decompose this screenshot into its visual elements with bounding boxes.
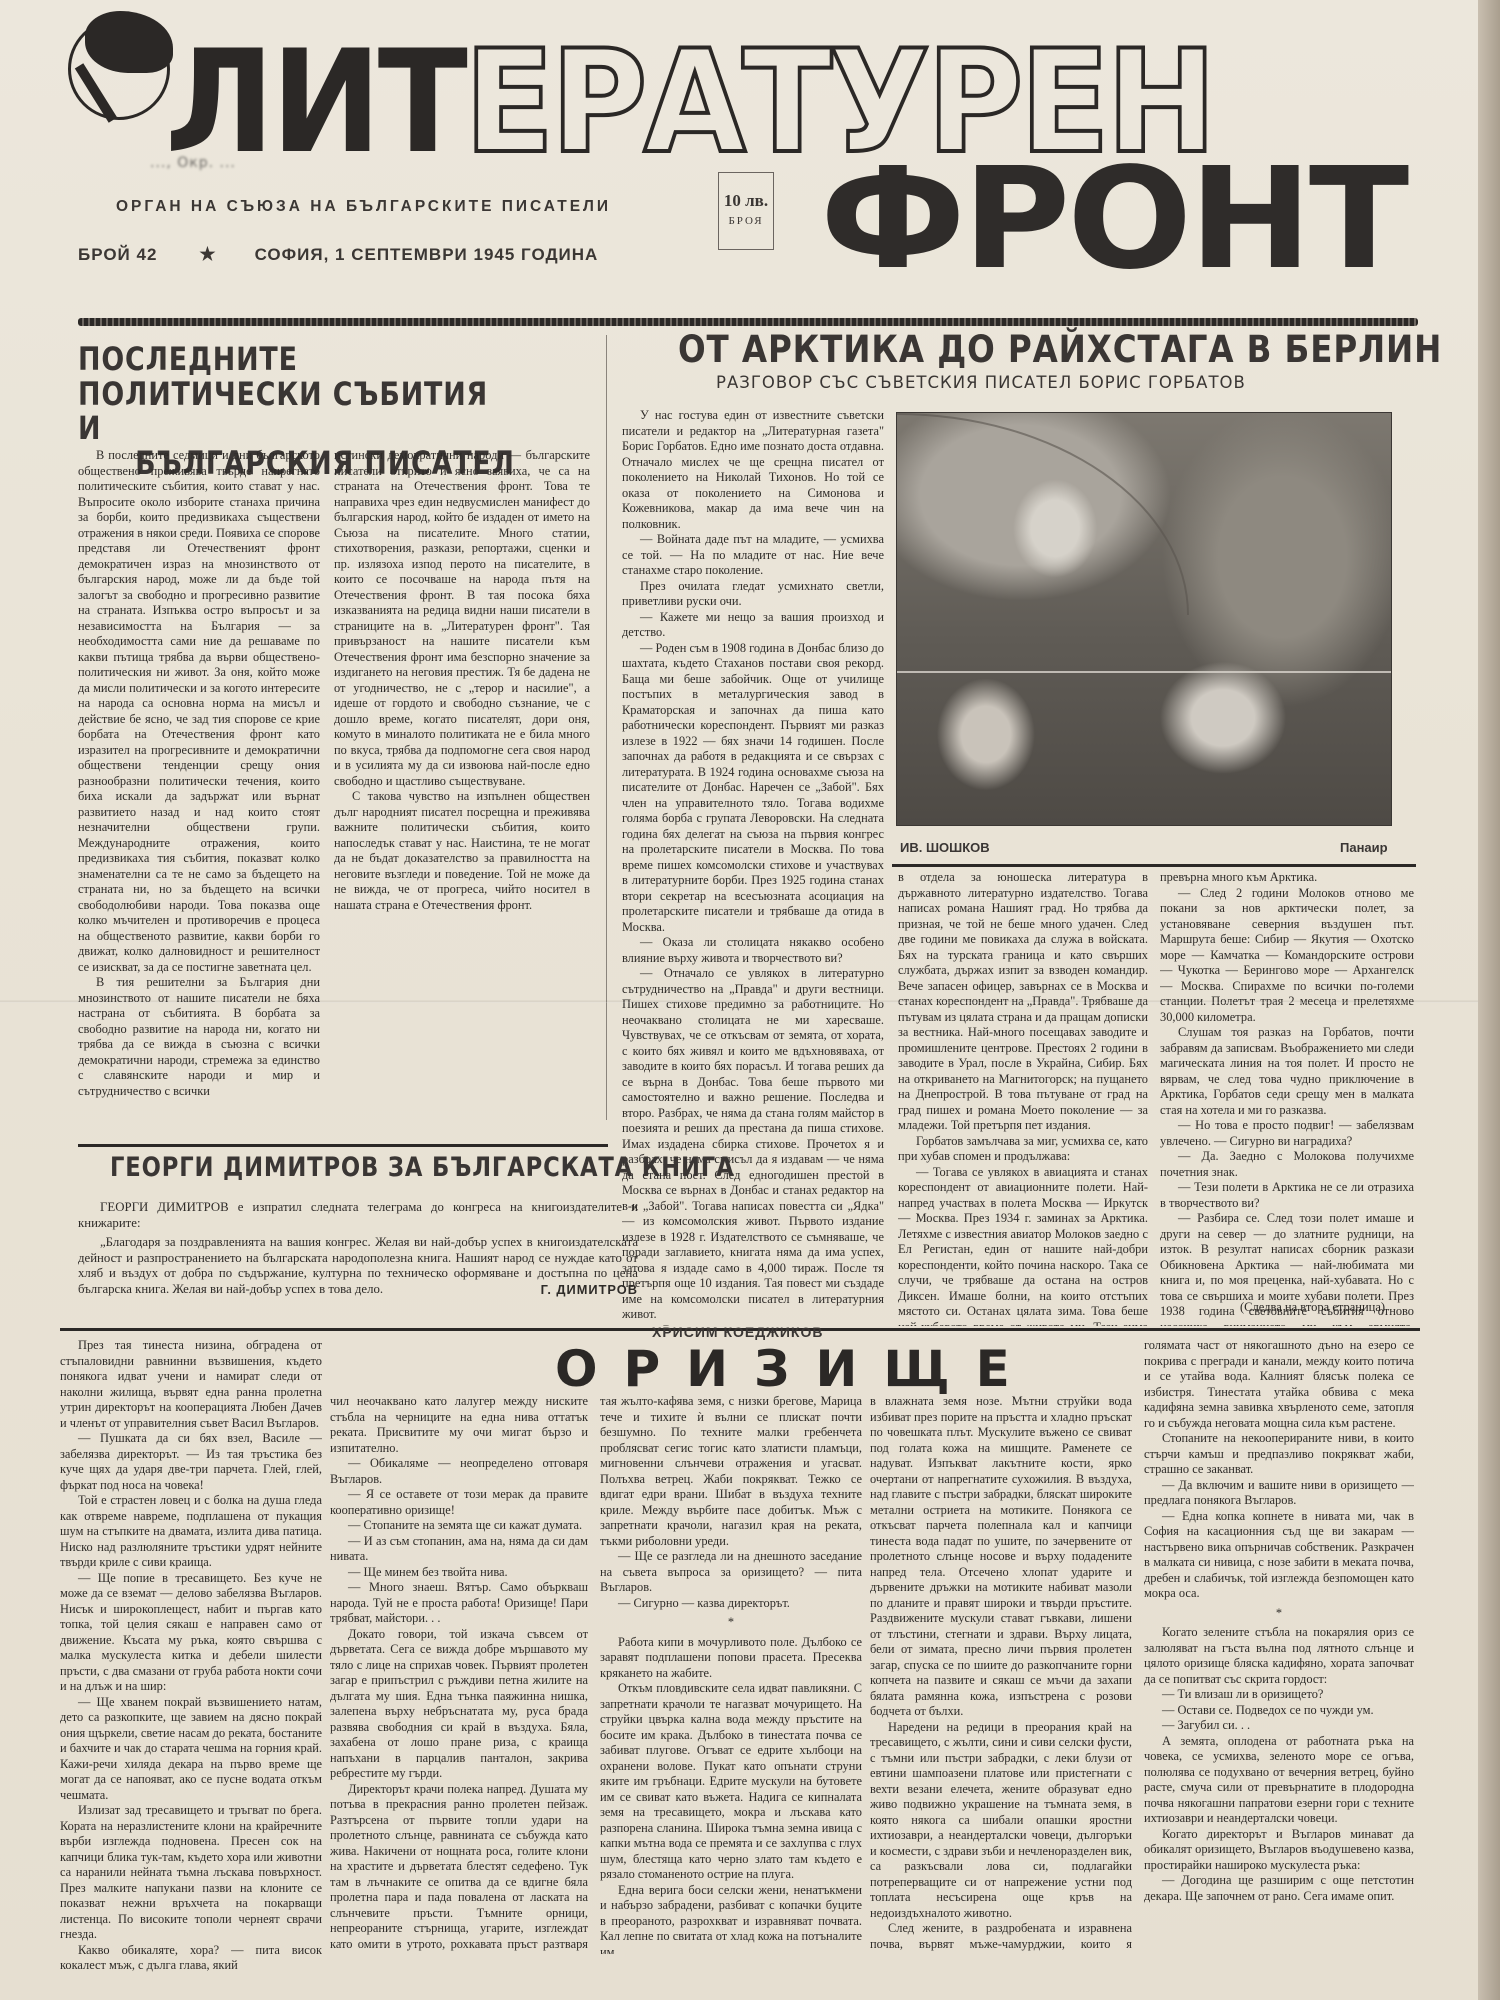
paragraph: Стопаните на некооперираните ниви, в кои…	[1144, 1431, 1414, 1478]
story-column-4: в влажната земя нозе. Мътни струйки вода…	[870, 1394, 1132, 1954]
paragraph: Слушам тоя разказ на Горбатов, почти заб…	[1160, 1025, 1414, 1118]
paragraph: — Оказа ли столицата някакво особено вли…	[622, 935, 884, 966]
umbrella-shape	[897, 413, 1189, 615]
price-unit: БРОЯ	[719, 215, 773, 227]
paragraph: През очилата гледат усмихнато светли, пр…	[622, 579, 884, 610]
paragraph: — Тези полети в Арктика не се ли отразих…	[1160, 1180, 1414, 1211]
story-column-1: През тая тинеста низина, обградена от ст…	[60, 1338, 322, 1988]
paragraph: — Ще хванем покрай възвишението натам, д…	[60, 1695, 322, 1804]
painting-panair	[896, 412, 1392, 826]
subheadline-gorbatov: РАЗГОВОР СЪС СЪВЕТСКИЯ ПИСАТЕЛ БОРИС ГОР…	[716, 373, 1246, 392]
paragraph: В тия решителни за България дни мнозинст…	[78, 975, 320, 1099]
table-edge	[1478, 0, 1500, 2000]
paragraph: — Я се оставете от този мерак да правите…	[330, 1487, 588, 1518]
paragraph: — След 2 години Молоков отново ме покани…	[1160, 886, 1414, 1026]
paragraph: — Ще минем без твойта нива.	[330, 1565, 588, 1581]
pen-icon	[75, 63, 117, 123]
headline-dimitrov: ГЕОРГИ ДИМИТРОВ ЗА БЪЛГАРСКАТА КНИГА	[110, 1153, 734, 1182]
paragraph: — Сигурно — казва директорът.	[600, 1596, 862, 1612]
paragraph: — Догодина ще разширим с още петстотин д…	[1144, 1873, 1414, 1904]
paragraph: — Кажете ми нещо за вашия произход и дет…	[622, 610, 884, 641]
headline-political-line1: ПОСЛЕДНИТЕ ПОЛИТИЧЕСКИ СЪБИТИЯ И	[78, 340, 488, 447]
bear-pen-logo-icon	[68, 18, 170, 120]
paragraph: Наредени на редици в преорания край на т…	[870, 1720, 1132, 1922]
continued-note: (Следва на втора страница)	[1240, 1300, 1385, 1315]
paragraph: — Много знаеш. Вятър. Само объркваш наро…	[330, 1580, 588, 1627]
paragraph: — Ще попие в тресавището. Без куче не мо…	[60, 1571, 322, 1695]
issue-number: БРОЙ 42	[78, 245, 157, 265]
paragraph: Докато говори, той изкача съвсем от дърв…	[330, 1627, 588, 1782]
picture-artist: ИВ. ШОШКОВ	[900, 840, 990, 855]
masthead-title-front: ФРОНТ	[820, 150, 1406, 290]
paragraph: Той е страстен ловец и с болка на душа г…	[60, 1493, 322, 1571]
paragraph: Когато зелените стъбла на покарялия ориз…	[1144, 1625, 1414, 1687]
section-separator: *	[600, 1615, 862, 1631]
bear-icon	[85, 11, 173, 73]
paragraph: — Една копка копнете в нивата ми, чак в …	[1144, 1509, 1414, 1602]
paragraph: А земята, оплодена от работната ръка на …	[1144, 1734, 1414, 1827]
paragraph: — Войната даде път на младите, — усмихва…	[622, 532, 884, 579]
dimitrov-telegram: „Благодаря за поздравленията на вашия ко…	[78, 1235, 638, 1297]
paragraph: С такова чувство на изпълнен обществен д…	[334, 789, 590, 913]
paper-fold	[0, 1000, 1478, 1003]
paragraph: — Обикаляме — неопределено отговаря Въгл…	[330, 1456, 588, 1487]
paragraph: През тая тинеста низина, обградена от ст…	[60, 1338, 322, 1431]
paragraph: — Остави се. Подведох се по чужди ум.	[1144, 1703, 1414, 1719]
paragraph: голямата част от някогашното дъно на езе…	[1144, 1338, 1414, 1431]
paragraph: В последните седмици и дни българското о…	[78, 448, 320, 975]
paragraph: Горбатов замълчава за миг, усмихва се, к…	[898, 1134, 1148, 1165]
masthead-divider	[78, 318, 1418, 326]
paragraph: След жените, в раздробената и изравнена …	[870, 1921, 1132, 1954]
paragraph: Работа кипи в мочурливото поле. Дълбоко …	[600, 1635, 862, 1682]
paragraph: Излизат зад тресавището и тръгват по бре…	[60, 1803, 322, 1943]
paragraph: Директорът крачи полека напред. Душата м…	[330, 1782, 588, 1955]
price: 10 лв.	[719, 191, 773, 211]
paragraph: У нас гостува един от известните съветск…	[622, 408, 884, 532]
paragraph: — Отначало се увлякох в литературно сътр…	[622, 966, 884, 1323]
story-author: ХРИСИМ КОЕДЖИКОВ	[652, 1324, 823, 1340]
paragraph: в влажната земя нозе. Мътни струйки вода…	[870, 1394, 1132, 1720]
dimitrov-body: ГЕОРГИ ДИМИТРОВ е изпратил следната теле…	[78, 1200, 638, 1298]
paragraph: — Пушката да си бях взел, Василе — забел…	[60, 1431, 322, 1493]
gorbatov-column-1: У нас гостува един от известните съветск…	[622, 408, 884, 1326]
story-column-5: голямата част от някогашното дъно на езе…	[1144, 1338, 1414, 1958]
paragraph: — Да включим и вашите ниви в оризището —…	[1144, 1478, 1414, 1509]
paragraph: — Роден съм в 1908 година в Донбас близо…	[622, 641, 884, 936]
paragraph: Откъм пловдивските села идват павликяни.…	[600, 1681, 862, 1883]
dimitrov-intro: ГЕОРГИ ДИМИТРОВ е изпратил следната теле…	[78, 1200, 638, 1231]
library-stamp: ..., Окр. ...	[150, 155, 236, 171]
paragraph: — Ти влизаш ли в оризището?	[1144, 1687, 1414, 1703]
picture-rule	[892, 864, 1416, 867]
story-title: ОРИЗИЩЕ	[555, 1340, 1036, 1398]
paragraph: истински демократични народи — български…	[334, 448, 590, 789]
paragraph: чил неочаквано като лалугер между нискит…	[330, 1394, 588, 1456]
section-separator: *	[1144, 1606, 1414, 1622]
issue-date: СОФИЯ, 1 СЕПТЕМВРИ 1945 ГОДИНА	[255, 245, 599, 265]
organ-line: ОРГАН НА СЪЮЗА НА БЪЛГАРСКИТЕ ПИСАТЕЛИ	[116, 198, 611, 216]
dimitrov-signature: Г. ДИМИТРОВ	[519, 1282, 638, 1298]
gorbatov-column-2: в отдела за юношеска литература в държав…	[898, 870, 1148, 1326]
story-column-2: чил неочаквано като лалугер между нискит…	[330, 1394, 588, 1954]
newspaper-page: ЛИТЕРАТУРЕН ФРОНТ ..., Окр. ... ОРГАН НА…	[0, 0, 1478, 2000]
political-column-2: истински демократични народи — български…	[334, 448, 590, 1124]
paragraph: — И аз съм стопанин, ама на, няма да си …	[330, 1534, 588, 1565]
paragraph: — Загубил си. . .	[1144, 1718, 1414, 1734]
gorbatov-column-3: превърна много към Арктика. — След 2 год…	[1160, 870, 1414, 1326]
dimitrov-top-rule	[78, 1144, 608, 1147]
paragraph: — Стопаните на земята ще си кажат думата…	[330, 1518, 588, 1534]
picture-title: Панаир	[1340, 840, 1388, 855]
political-column-1: В последните седмици и дни българското о…	[78, 448, 320, 1124]
paragraph: — Да. Заедно с Молокова получихме почетн…	[1160, 1149, 1414, 1180]
star-icon: ★	[199, 244, 216, 265]
issue-row: БРОЙ 42 ★ СОФИЯ, 1 СЕПТЕМВРИ 1945 ГОДИНА	[78, 244, 718, 265]
paragraph: Когато директорът и Въгларов минават да …	[1144, 1827, 1414, 1874]
story-column-3: тая жълто-кафява земя, с низки брегове, …	[600, 1394, 862, 1954]
paragraph: превърна много към Арктика.	[1160, 870, 1414, 886]
headline-gorbatov: ОТ АРКТИКА ДО РАЙХСТАГА В БЕРЛИН	[678, 330, 1442, 370]
paragraph: — Но това е просто подвиг! — забелязвам …	[1160, 1118, 1414, 1149]
fold-scratch	[897, 671, 1391, 673]
paragraph: тая жълто-кафява земя, с низки брегове, …	[600, 1394, 862, 1549]
paragraph: Какво обикаляте, хора? — пита висок кока…	[60, 1943, 322, 1974]
paragraph: Една верига боси селски жени, ненатъкмен…	[600, 1883, 862, 1955]
price-box: 10 лв. БРОЯ	[718, 172, 774, 250]
paragraph: — Ще се разгледа ли на днешното заседани…	[600, 1549, 862, 1596]
paragraph: — Тогава се увлякох в авиацията и станах…	[898, 1165, 1148, 1327]
